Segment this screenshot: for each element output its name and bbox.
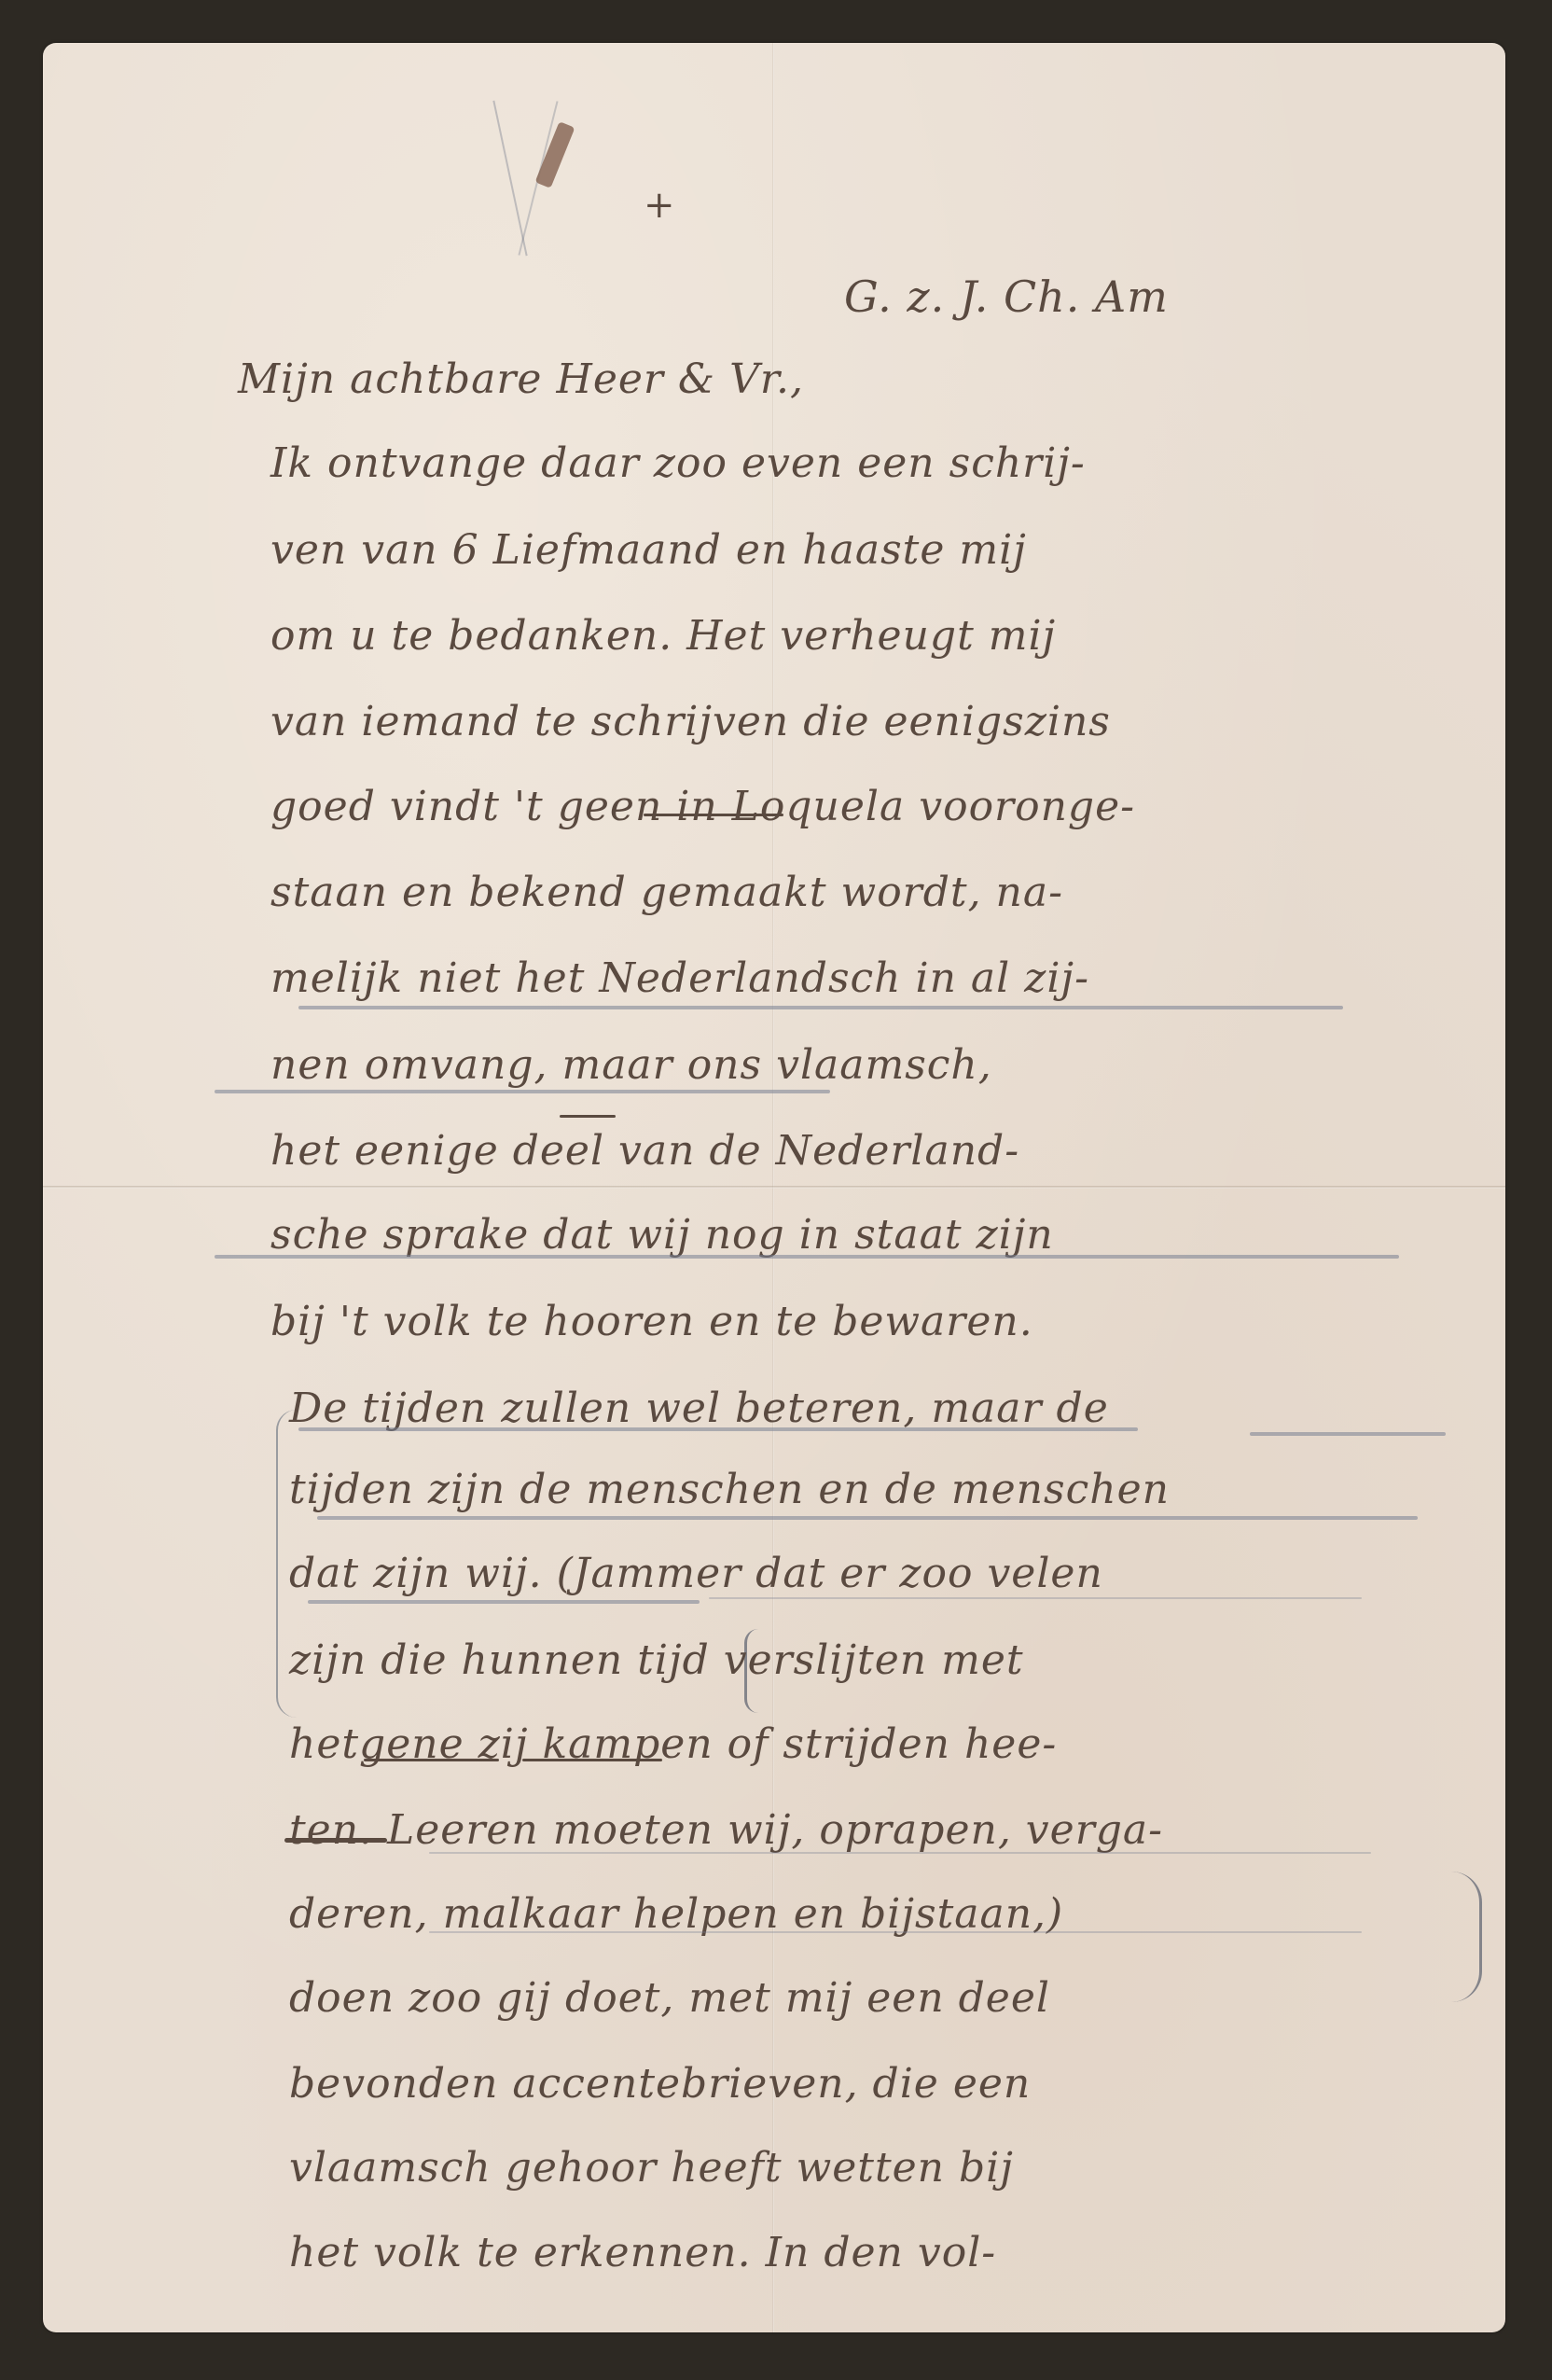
letter-line: De tijden zullen wel beteren, maar de <box>289 1388 1109 1429</box>
pencil-underline <box>298 1006 1343 1009</box>
pencil-underline <box>709 1597 1362 1599</box>
letter-line: bevonden accentebrieven, die een <box>289 2064 1031 2105</box>
letter-line: bij 't volk te hooren en te bewaren. <box>270 1301 1033 1343</box>
pencil-underline <box>215 1255 1399 1259</box>
letter-heading: G. z. J. Ch. Am <box>844 275 1169 318</box>
letter-line: vlaamsch gehoor heeft wetten bij <box>289 2148 1014 2189</box>
letter-line: Ik ontvange daar zoo even een schrij- <box>270 443 1086 484</box>
letter-line: dat zijn wij. (Jammer dat er zoo velen <box>289 1553 1103 1594</box>
letter-line: ven van 6 Liefmaand en haaste mij <box>270 530 1027 571</box>
pencil-close-parenthesis <box>1451 1872 1482 2002</box>
letter-line: deren, malkaar helpen en bijstaan,) <box>289 1894 1063 1935</box>
pencil-underline <box>215 1090 830 1093</box>
letter-line: melijk niet het Nederlandsch in al zij- <box>270 958 1089 999</box>
letter-line: sche sprake dat wij nog in staat zijn <box>270 1215 1054 1256</box>
letter-line: zijn die hunnen tijd verslijten met <box>289 1640 1024 1681</box>
letter-line: doen zoo gij doet, met mij een deel <box>289 1978 1050 2019</box>
letter-line: om u te bedanken. Het verheugt mij <box>270 616 1056 657</box>
ink-underline-loquela <box>644 814 783 816</box>
letter-line: ten. Leeren moeten wij, oprapen, verga- <box>289 1810 1163 1851</box>
letter-line: goed vindt 't geen in Loquela vooronge- <box>270 786 1135 828</box>
pencil-stroke <box>492 101 527 257</box>
pencil-underline <box>298 1427 1138 1431</box>
letter-line: tijden zijn de menschen en de menschen <box>289 1469 1170 1510</box>
horizontal-fold-crease <box>43 1186 1505 1189</box>
pencil-underline <box>429 1931 1362 1933</box>
ink-blot-mark <box>535 121 575 188</box>
letter-line: nen omvang, maar ons vlaamsch, <box>270 1045 992 1086</box>
pencil-underline <box>308 1600 700 1604</box>
ink-underline-strijden <box>522 1759 662 1761</box>
ink-underline-ons <box>560 1115 616 1118</box>
ink-underline-kampen <box>364 1759 499 1761</box>
pencil-underline <box>317 1516 1418 1520</box>
letter-line: het volk te erkennen. In den vol- <box>289 2233 996 2274</box>
letter-line: het eenige deel van de Nederland- <box>270 1131 1019 1172</box>
salutation: Mijn achtbare Heer & Vr., <box>238 359 804 400</box>
cross-mark: + <box>644 187 676 224</box>
letter-line: van iemand te schrijven die eenigszins <box>270 702 1111 743</box>
pencil-underline <box>429 1852 1371 1854</box>
letter-line: staan en bekend gemaakt wordt, na- <box>270 872 1063 913</box>
pencil-underline <box>1250 1432 1446 1436</box>
ink-underline-leeren <box>284 1838 387 1843</box>
